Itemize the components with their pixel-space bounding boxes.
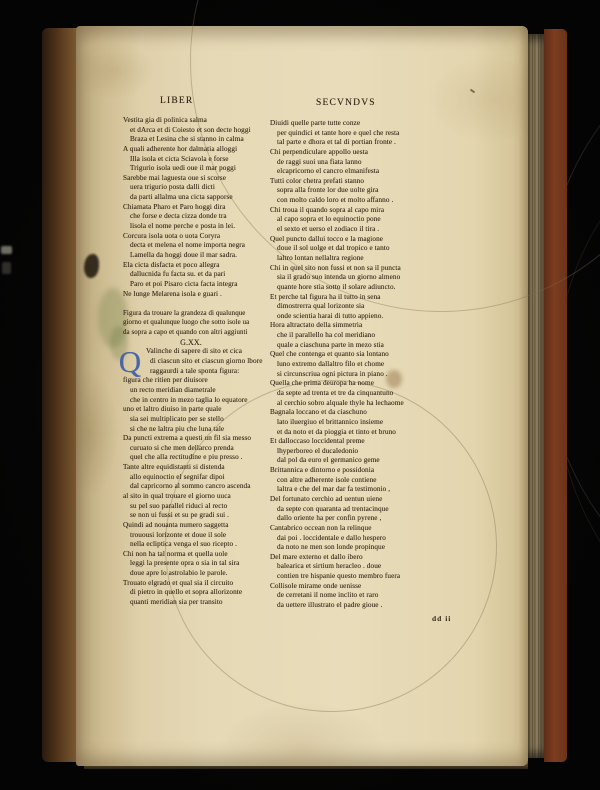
text-line: da septe ad trenta et tre da cinquantuno (270, 389, 445, 399)
text-line: Lamella da hoggi doue il mar sadra. (123, 251, 273, 261)
text-line: sopra alla fronte lor due uolte gira (270, 186, 445, 196)
text-line: da uettere illustrato el padre gioue . (270, 601, 445, 611)
text-line: Quindi ad nouanta numero saggetta (123, 521, 273, 531)
text-line: Trouato elgrado et qual sia il circuito (123, 579, 273, 589)
text-line: balearica et sirtium heracleo . doue (270, 562, 445, 572)
text-line: allo equinoctio el segnifar dipoi (123, 473, 273, 483)
fore-edge-mark (2, 262, 11, 274)
text-line: Brittannica e dintorno e possidonia (270, 466, 445, 476)
text-line: laltra e che del mar dar fa testimonio , (270, 485, 445, 495)
text-line: di ciascun sito et ciascun giorno lbore (123, 357, 273, 367)
text-line: con molto caldo loro et molto affanno . (270, 196, 445, 206)
text-column-right: Diuidi quelle parte tutte conzeper quind… (270, 119, 445, 611)
text-line: Trigurio isola uedi oue il mar poggi (123, 164, 273, 174)
text-line: Diuidi quelle parte tutte conze (270, 119, 445, 129)
text-line: et dArca et di Coiesto et son decte hogg… (123, 126, 273, 136)
illuminated-initial: Q (117, 346, 143, 380)
text-line: per quindici et tante hore e quel che re… (270, 129, 445, 139)
text-line: uno et laltro diuiso in parte quale (123, 405, 273, 415)
text-line: da sopra a capo et quando con altri aggi… (123, 328, 273, 338)
text-line: su pel suo parallel riduci al recto (123, 502, 273, 512)
text-line: decta et melena el nome importa negra (123, 241, 273, 251)
text-line: un recto meridian diametrale (123, 386, 273, 396)
book-cover-board (544, 29, 567, 762)
text-line: al sito in qual trouare el giorno uuca (123, 492, 273, 502)
text-line: curuato si che men dellarco prenda (123, 444, 273, 454)
text-line: Paro et poi Pisaro cicta facta integra (123, 280, 273, 290)
text-line: et da noto et da pioggia et tinto et bru… (270, 428, 445, 438)
text-line: Bagnala loccano et da ciaschuno (270, 408, 445, 418)
small-ink-mark (470, 89, 475, 94)
text-line: quel che alla rectitudine e piu presso . (123, 453, 273, 463)
text-line: Et perche tal figura ha il tutto in sena (270, 293, 445, 303)
text-line: Quella che prima deuropa ha nome (270, 379, 445, 389)
text-line (123, 299, 273, 309)
text-line: dai poi . loccidentale e dallo hespero (270, 534, 445, 544)
text-line: uera trigurio posta dalli dicti (123, 183, 273, 193)
text-line: Chi perpendiculare appollo uesta (270, 148, 445, 158)
text-column-left: Vestita gia di polinica salmaet dArca et… (123, 116, 273, 608)
text-line: lato iluergiuo el brittannico insieme (270, 418, 445, 428)
text-line: Da puncti extrema a questi un fil sia me… (123, 434, 273, 444)
text-line: quanti meridian sia per transito (123, 598, 273, 608)
text-line: al cerchio sobro alquale thyle ha lechao… (270, 399, 445, 409)
text-line: Tante altre equidistanti si distenda (123, 463, 273, 473)
fore-edge-mark (1, 246, 12, 254)
text-line: Corcura isola uota o uota Coryra (123, 232, 273, 242)
text-line: A quali adherente hor dalmatia alloggi (123, 145, 273, 155)
text-line: Del fortunato cerchio ad uentun uiene (270, 495, 445, 505)
text-line: Hora altractato della simmetria (270, 321, 445, 331)
text-line: Braza et Lesina che si stanno in calma (123, 135, 273, 145)
text-line: al capo sopra et lo equinoctio pone (270, 215, 445, 225)
text-line: Chi troua il quando sopra al capo mira (270, 206, 445, 216)
text-line: luno extremo dallaltro filo et chome (270, 360, 445, 370)
text-line: Valinche di sapere di sito et cica (123, 347, 273, 357)
text-line: de raggi suoi una fiata lanno (270, 158, 445, 168)
text-line: Quel puncto dallui tocco e la magione (270, 235, 445, 245)
text-line: lisola el nome perche e posta in lei. (123, 222, 273, 232)
text-line: dallucnida fu facta su. et da pari (123, 270, 273, 280)
text-line: Chi in quel sito non fussi et non sa il … (270, 264, 445, 274)
text-line: dal capricorno al sommo cancro ascenda (123, 482, 273, 492)
text-line: dimostrerra qual lorizonte sia (270, 302, 445, 312)
text-line: figura che ritien per diuisore (123, 376, 273, 386)
text-line: dallo oriente ha per confin pyrene , (270, 514, 445, 524)
text-line: se non ui fussi et su pe gradi sui . (123, 511, 273, 521)
text-line: doue il sol uolge et dal tropico e tanto (270, 244, 445, 254)
text-line: leggi la presente opra o sia in tal sira (123, 559, 273, 569)
text-line: raggaurdi a tale sponta figura: (123, 367, 273, 377)
text-line: si circunscriua ogni pictura in piano . (270, 370, 445, 380)
text-line: che forse e decta cizza donde tra (123, 212, 273, 222)
text-line: che in centro in mezo taglia lo equatore (123, 396, 273, 406)
text-line: Vestita gia di polinica salma (123, 116, 273, 126)
text-line: sia sei multiplicato per se stello (123, 415, 273, 425)
text-line: nella ecliptica venga el suo ricepto . (123, 540, 273, 550)
text-line: Collisole mirame onde uenisse (270, 582, 445, 592)
text-line: doue apre lo astrolabio le parole. (123, 569, 273, 579)
text-line: si che ne laltra piu che luna tale (123, 425, 273, 435)
ink-blot (84, 254, 99, 278)
text-line: quale a ciaschuna parte in mezo stia (270, 341, 445, 351)
text-line: tal parte e dhora et tal di portian fron… (270, 138, 445, 148)
text-line: G.XX. (123, 338, 273, 348)
text-line: Ne lunge Melarena isola e guari . (123, 290, 273, 300)
running-header-secundus: SECVNDVS (316, 98, 376, 108)
text-line: contien tre hispanie questo membro fuera (270, 572, 445, 582)
text-line: quante hore stia sotto il solare adiunct… (270, 283, 445, 293)
text-line: di pietro in quello et sopra allorizonte (123, 588, 273, 598)
quire-signature: dd ii (432, 614, 451, 623)
text-line: da parti allalma una cicta sapporse (123, 193, 273, 203)
running-header-liber: LIBER (160, 96, 193, 106)
photograph-canvas: { "scene": { "description": "photograph … (0, 0, 600, 790)
text-line: Cantabrico occean non la relinque (270, 524, 445, 534)
text-line: Illa isola et cicta Sciavola e forse (123, 155, 273, 165)
text-line: sia il grado suo intenda un giorno almen… (270, 273, 445, 283)
text-line: de cerretani il nome inclito et raro (270, 591, 445, 601)
text-line: el sexto et uerso el zodiaco il tira . (270, 225, 445, 235)
text-line: Figura da trouare la grandeza di qualunq… (123, 309, 273, 319)
text-line: Et dalloccaso loccidental preme (270, 437, 445, 447)
text-line: trouousi lorizonte et doue il sole (123, 531, 273, 541)
text-line: Quel che contenga et quanto sia lontano (270, 350, 445, 360)
text-line: lhyperboreo el ducaledonio (270, 447, 445, 457)
book-page: LIBER SECVNDVS Vestita gia di polinica s… (76, 26, 528, 766)
book-spine (42, 28, 78, 762)
text-line: con altre adherente isole contiene (270, 476, 445, 486)
text-line: giorno et qualunque luogo che sotto isol… (123, 318, 273, 328)
text-line: elcapricorno el cancro elmanifesta (270, 167, 445, 177)
text-line: onde scientia harai di tutto appieno. (270, 312, 445, 322)
text-line: da septe con quaranta ad trentacinque (270, 505, 445, 515)
text-line: Ela cicta disfacta et poco allegra (123, 261, 273, 271)
text-line: laltro lontan nellaltra regione (270, 254, 445, 264)
page-edges (527, 34, 544, 758)
text-line: Chiamata Pharo et Paro hoggi dira (123, 203, 273, 213)
text-line: da noto ne men son londe propinque (270, 543, 445, 553)
text-line: che il parallello ha col meridiano (270, 331, 445, 341)
text-line: dal pol da euro el germanico geme (270, 456, 445, 466)
